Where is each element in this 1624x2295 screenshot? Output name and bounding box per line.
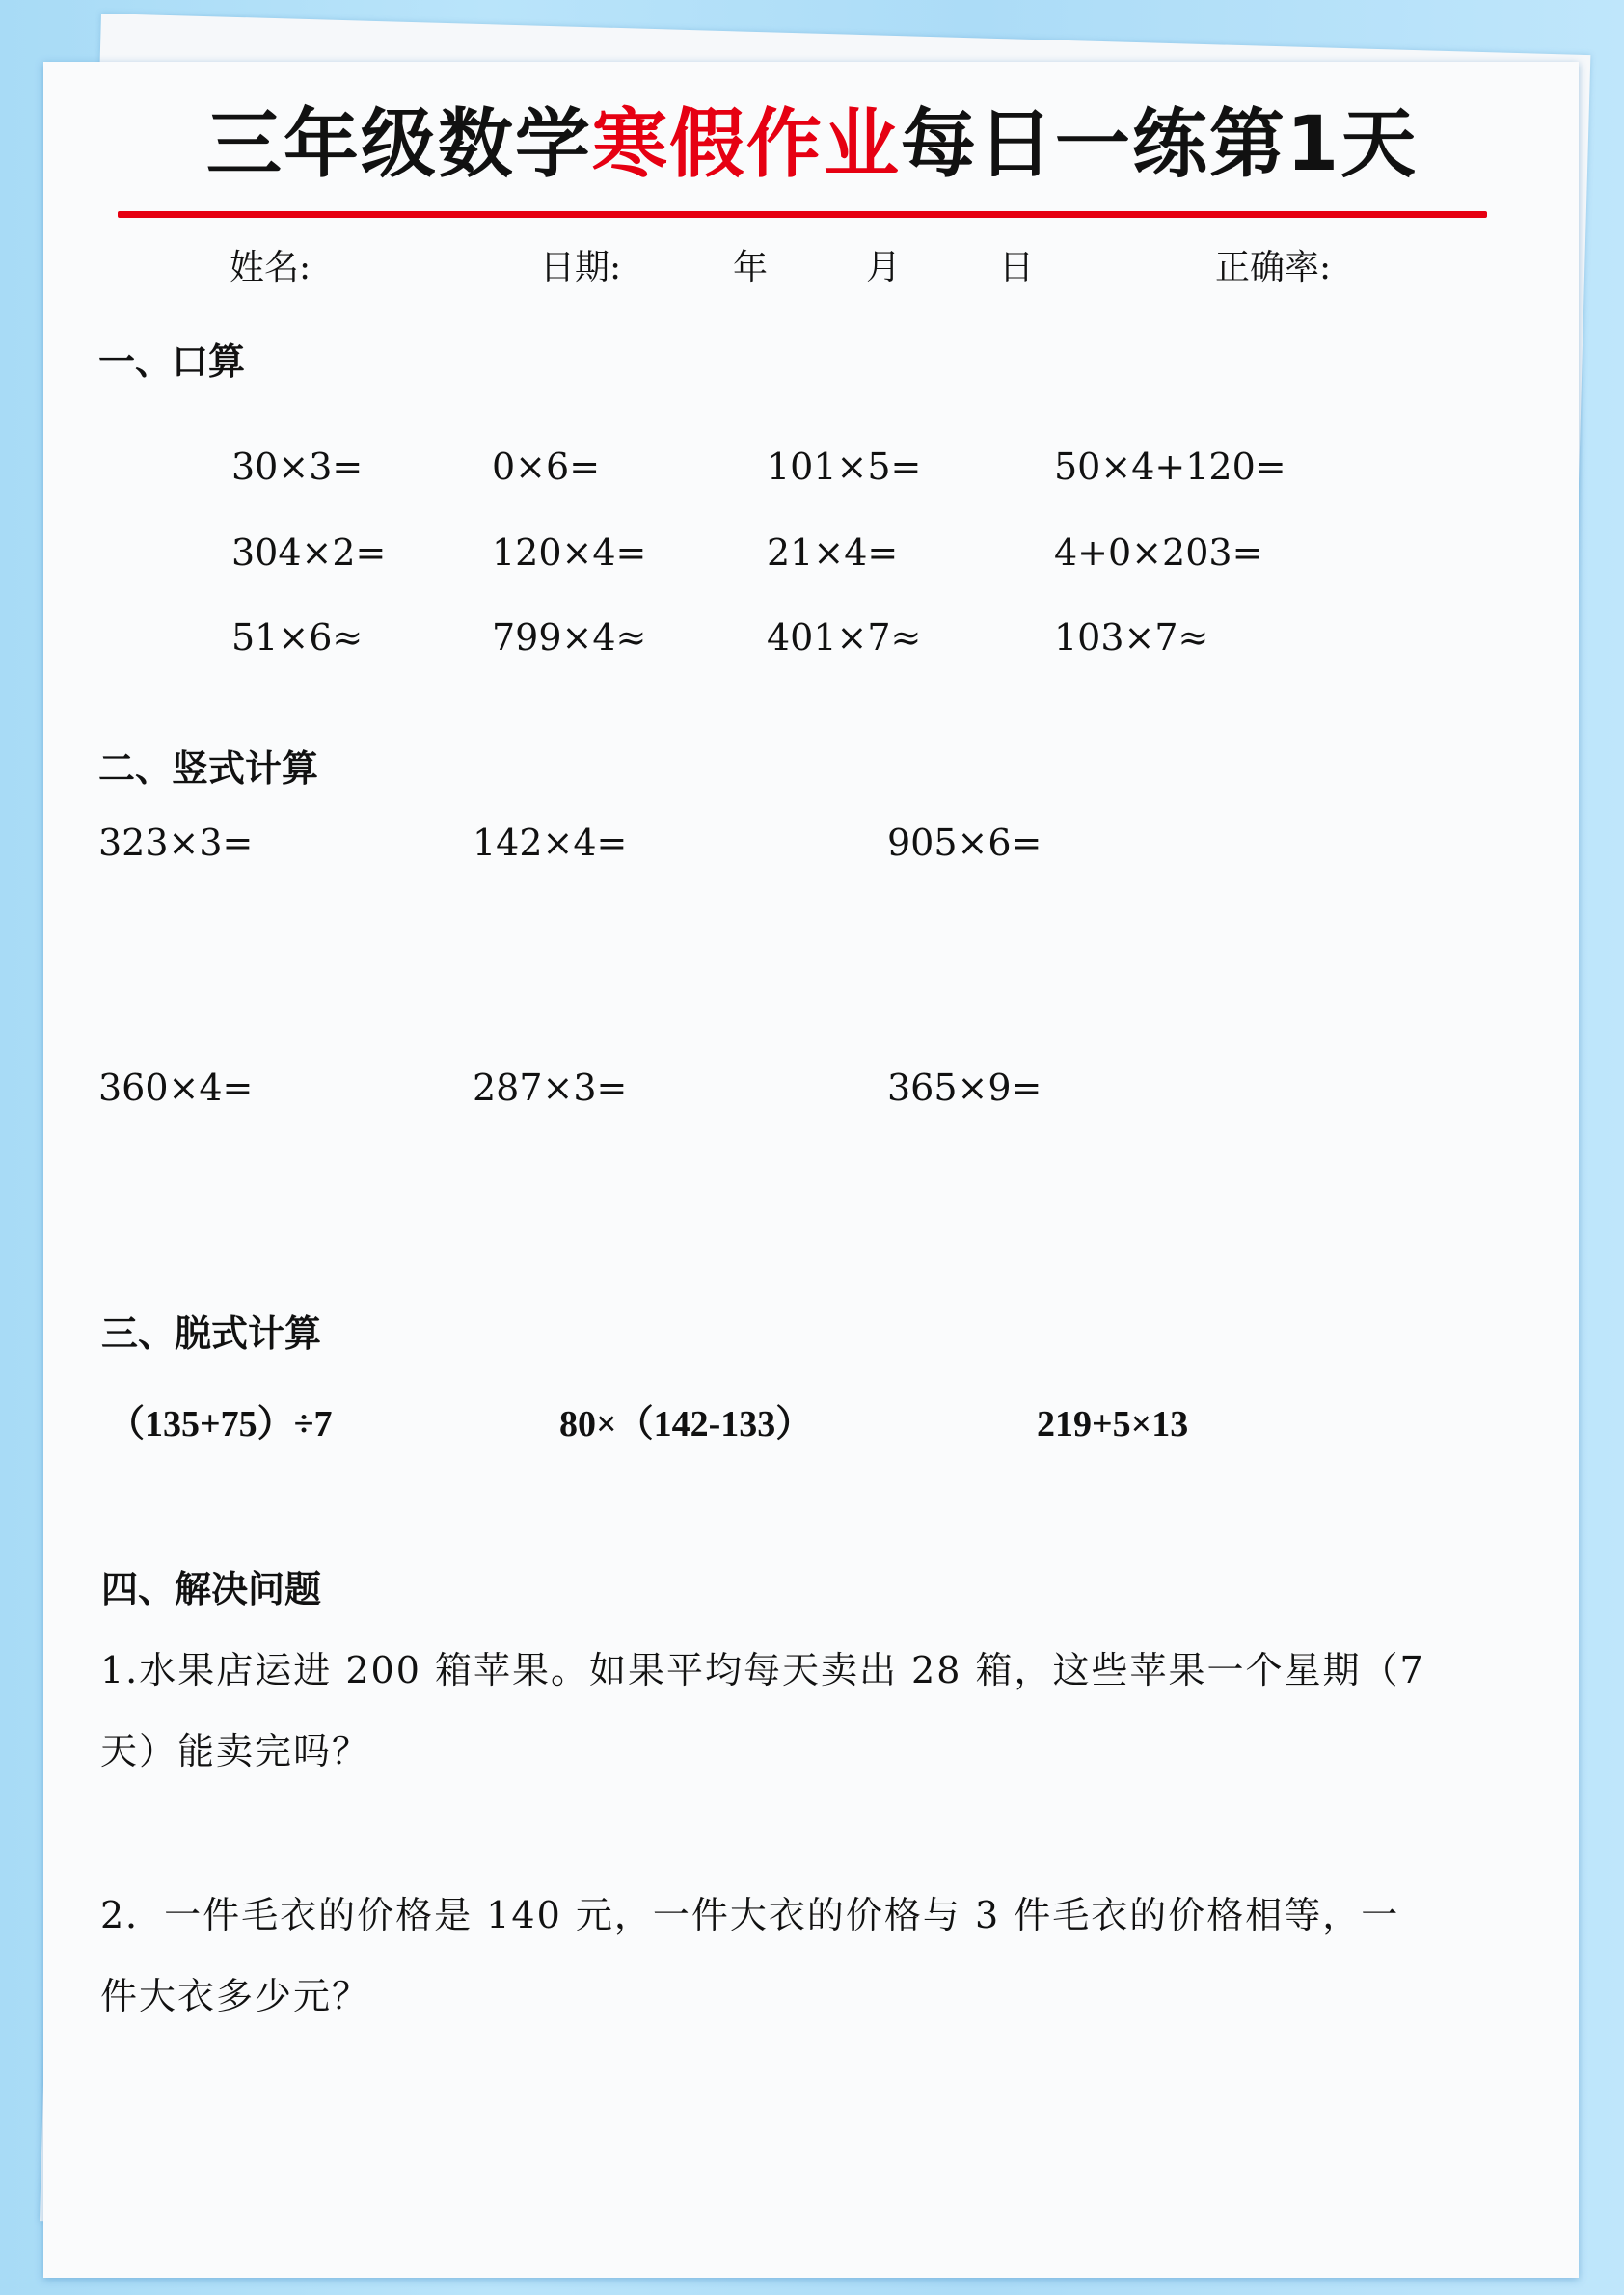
accuracy-label: 正确率: [1215, 246, 1331, 290]
mental-math-item: 799×4≈ [492, 614, 646, 661]
year-label: 年 [733, 246, 768, 290]
vertical-calc-item: 142×4= [473, 820, 627, 866]
vertical-calc-item: 323×3= [98, 820, 253, 866]
vertical-calc-item: 360×4= [98, 1065, 253, 1111]
mental-math-item: 0×6= [492, 444, 600, 490]
day-label: 日 [999, 246, 1034, 290]
word-problem-1-line-1: 1.水果店运进 200 箱苹果。如果平均每天卖出 28 箱，这些苹果一个星期（7 [100, 1647, 1425, 1693]
vertical-calc-item: 905×6= [887, 820, 1042, 866]
title-part-1: 三年级数学 [206, 101, 592, 188]
mental-math-item: 21×4= [767, 529, 898, 576]
page-title: 三年级数学寒假作业每日一练第1天 [0, 96, 1624, 193]
mental-math-item: 4+0×203= [1054, 529, 1262, 576]
section-heading-vertical-calculation: 二、竖式计算 [98, 744, 318, 793]
vertical-calc-item: 287×3= [473, 1065, 627, 1111]
word-problem-2-line-2: 件大衣多少元？ [100, 1973, 370, 2019]
title-part-2: 每日一练第1天 [901, 101, 1418, 188]
title-highlight: 寒假作业 [592, 101, 901, 188]
title-underline-divider [118, 211, 1487, 218]
month-label: 月 [866, 246, 901, 290]
word-problem-2-line-1: 2．一件毛衣的价格是 140 元，一件大衣的价格与 3 件毛衣的价格相等，一 [100, 1892, 1399, 1938]
mental-math-item: 120×4= [492, 529, 646, 576]
date-label: 日期: [540, 246, 621, 290]
section-heading-word-problems: 四、解决问题 [101, 1565, 321, 1613]
mental-math-item: 50×4+120= [1054, 444, 1286, 490]
mental-math-item: 30×3= [231, 444, 363, 490]
step-calc-item: （135+75）÷7 [108, 1401, 333, 1447]
mental-math-item: 103×7≈ [1054, 614, 1208, 661]
section-heading-step-calculation: 三、脱式计算 [101, 1309, 321, 1358]
mental-math-item: 51×6≈ [231, 614, 363, 661]
step-calc-item: 80×（142-133） [559, 1401, 812, 1447]
step-calc-item: 219+5×13 [1037, 1401, 1188, 1447]
mental-math-item: 401×7≈ [767, 614, 921, 661]
name-label: 姓名: [230, 246, 311, 290]
worksheet-page [43, 62, 1579, 2278]
mental-math-item: 304×2= [231, 529, 386, 576]
vertical-calc-item: 365×9= [887, 1065, 1042, 1111]
word-problem-1-line-2: 天）能卖完吗？ [100, 1728, 370, 1774]
section-heading-mental-math: 一、口算 [98, 337, 245, 386]
mental-math-item: 101×5= [767, 444, 921, 490]
